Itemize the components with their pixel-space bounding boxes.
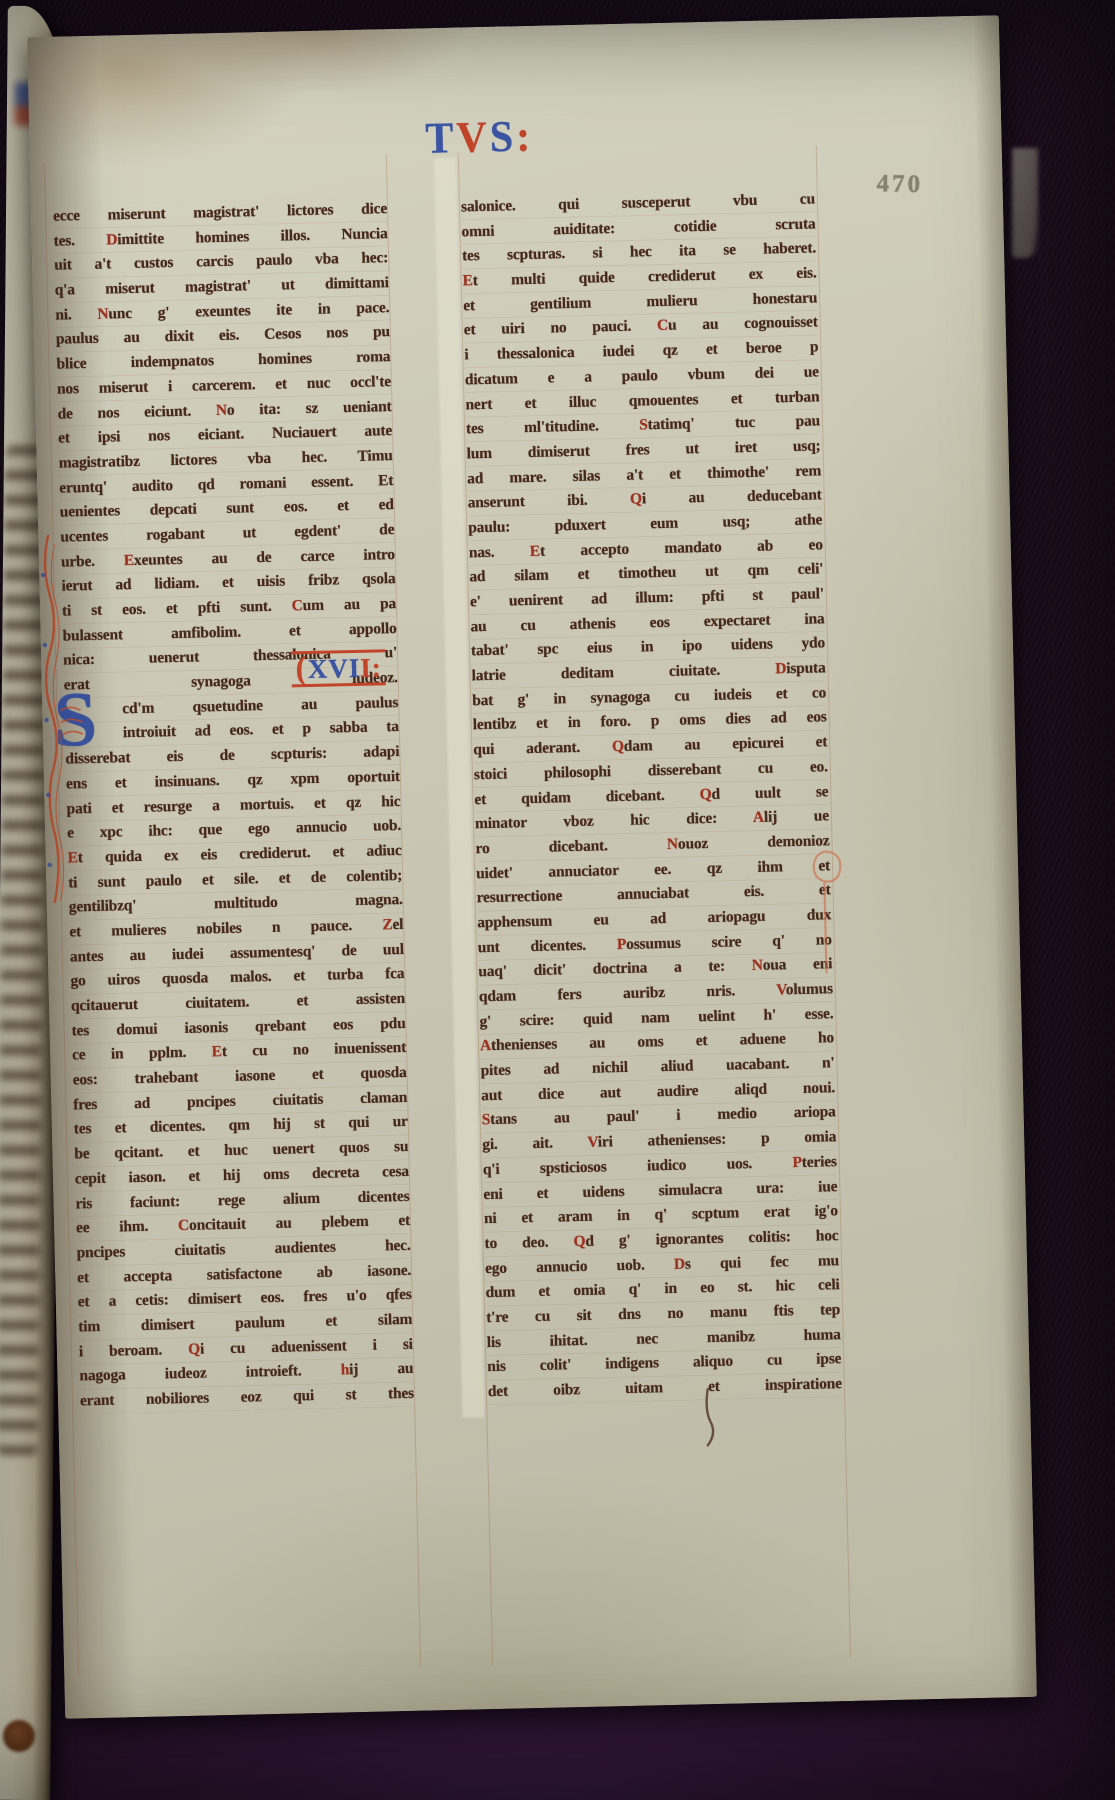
rubricated-letter: V — [587, 1134, 598, 1151]
text-segment: latrie deditam ciuitate. — [471, 660, 775, 684]
rubricated-letter: N — [97, 305, 108, 322]
text-segment: i au deducebant — [642, 487, 822, 508]
text-segment: oncitauit au plebem et — [189, 1212, 410, 1234]
text-segment: lis ihitat. nec manibz huma — [487, 1326, 841, 1351]
text-segment: lentibz et in foro. p oms dies ad eos — [473, 709, 827, 734]
text-segment: bat g' in synagoga cu iudeis et co — [472, 684, 826, 709]
folio-number: 470 — [876, 170, 966, 199]
text-segment: ris faciunt: rege alium dicentes — [75, 1187, 409, 1212]
text-segment: ij au — [349, 1360, 414, 1378]
text-segment: u au cognouisset — [668, 314, 818, 334]
text-segment: s qui fec mu — [685, 1252, 839, 1272]
text-segment: pites ad nichil aliud uacabant. n' — [480, 1054, 834, 1079]
text-segment: urbe. — [61, 552, 124, 570]
rubricated-letter: A — [753, 809, 764, 826]
text-segment: t're cu sit dns no manu ftis tep — [486, 1301, 840, 1326]
text-segment: el — [392, 916, 403, 933]
text-segment: tans au paul' i medio ariopa — [490, 1104, 836, 1129]
rubricated-letter: S — [639, 416, 648, 433]
text-segment: d g' ignorantes colitis: hoc — [585, 1227, 838, 1250]
text-segment: i thessalonica iudei qz et beroe p — [464, 338, 818, 363]
text-segment: blice indempnatos homines roma — [56, 348, 390, 373]
text-segment: imittite homines illos. Nuncia — [117, 225, 388, 248]
text-segment: apphensum eu ad ariopagu dux — [477, 906, 831, 931]
text-segment: t quida ex eis crediderut. et adiuc — [78, 842, 402, 866]
text-segment: ni. — [55, 305, 97, 323]
rubricated-letter: A — [480, 1037, 491, 1054]
manuscript-page: TVS: 470 ecce miserunt magistrat' lictor… — [27, 15, 1037, 1719]
text-segment: to deo. — [484, 1233, 573, 1252]
rubricated-letter: V — [776, 981, 786, 998]
margin-nota-icon — [806, 847, 849, 978]
text-segment: ossumus scire q' no — [626, 931, 832, 953]
text-segment: olumus — [786, 980, 833, 998]
text-segment: ce in pplm. — [72, 1044, 212, 1064]
text-segment: de nos eiciunt. — [57, 402, 216, 423]
text-segment: introiuit ad eos. et p sabba ta — [123, 718, 399, 741]
text-segment: q'i spsticiosos iudico uos. — [483, 1154, 793, 1178]
text-segment: qcitauerut ciuitatem. et assisten — [71, 990, 405, 1015]
text-segment: uit a't custos carcis paulo vba hec: — [54, 249, 388, 274]
text-segment: stoici philosophi disserebant cu eo. — [474, 758, 828, 783]
rubricated-letter: E — [212, 1043, 223, 1060]
running-title-letter: : — [516, 113, 531, 162]
running-title-letter: S — [489, 113, 513, 162]
chapter-number-letter: X — [307, 655, 328, 683]
text-segment: unc g' exeuntes ite in pace. — [108, 299, 389, 322]
text-segment: et uiri no pauci. — [464, 317, 658, 338]
text-segment: ecce miserunt magistrat' lictores dice — [53, 200, 387, 225]
text-segment: salonice. qui susceperut vbu cu — [461, 190, 815, 215]
rubricated-letter: N — [216, 401, 227, 418]
text-segment: teries — [802, 1153, 837, 1171]
text-segment: nas. — [469, 543, 530, 561]
text-segment: ni et aram in q' scptum erat ig'o — [484, 1202, 838, 1227]
text-segment: et a cetis: dimisert eos. fres u'o qfes — [78, 1286, 412, 1311]
text-segment: ego annucio uob. — [485, 1255, 674, 1276]
text-segment: dum et omia q' in eo st. hic celi — [485, 1276, 839, 1301]
text-segment: magistratibz lictores vba hec. Timu — [59, 447, 393, 472]
text-segment: tes scpturas. si hec ita se haberet. — [462, 240, 816, 265]
text-segment: det oibz uitam et inspiratione — [488, 1375, 842, 1400]
text-segment: e xpc ihc: que ego annucio uob. — [67, 817, 401, 842]
text-segment: et ipsi nos eiciant. Nuciauert aute — [58, 422, 392, 447]
rubricated-letter: E — [124, 552, 135, 569]
running-title: TVS: — [425, 114, 531, 162]
text-segment: uidet' annuciator ee. qz ihm et — [476, 857, 830, 882]
text-segment: et quidam dicebant. — [474, 786, 700, 808]
text-segment: i beroam. — [79, 1341, 189, 1360]
text-segment: t cu no inuenissent — [222, 1039, 407, 1060]
text-segment: nert et illuc qmouentes et turban — [465, 388, 819, 413]
text-segment: aut dice aut audire aliqd noui. — [481, 1079, 835, 1104]
text-segment: tabat' spc eius in ipo uidens ydo — [471, 635, 825, 660]
text-segment: tes ml'titudine. — [466, 417, 640, 438]
text-segment: um au pa — [303, 595, 397, 614]
text-segment: qui aderant. — [473, 738, 612, 758]
text-segment: be qcitant. et huc uenert quos su — [74, 1138, 408, 1163]
text-segment: qdam fers auribz nris. — [479, 981, 777, 1005]
text-segment: ee ihm. — [76, 1217, 178, 1236]
rubricated-letter: C — [178, 1217, 189, 1234]
text-segment: nagoga iudeoz introieft. — [79, 1362, 341, 1385]
rubricated-letter: Q — [573, 1233, 585, 1250]
binding-clasp — [3, 1720, 35, 1752]
text-segment: nis colit' indigens aliquo cu ipse — [487, 1350, 841, 1375]
text-segment: fres ad pncipes ciuitatis claman — [73, 1089, 407, 1114]
text-segment: i cu aduenissent i si — [200, 1335, 413, 1357]
text-segment: g' scire: quid nam uelint h' esse. — [479, 1005, 833, 1030]
text-segment: au cu athenis eos expectaret ina — [470, 610, 824, 635]
underlying-leaf-corner — [1012, 148, 1038, 258]
text-segment: ro dicebant. — [475, 836, 667, 857]
rubricated-letter: C — [292, 597, 303, 614]
rubricated-letter: P — [792, 1154, 802, 1171]
chapter-paraph: ( — [295, 655, 307, 683]
text-segment: erant nobiliores eoz qui st thes — [80, 1385, 414, 1410]
text-segment: et mulieres nobiles n pauce. — [69, 916, 382, 940]
text-segment: ti sunt paulo et sile. et de colentib; — [68, 867, 402, 892]
text-segment: resurrectione annuciabat eis. et — [476, 881, 830, 906]
rubricated-letter: D — [106, 231, 117, 248]
text-segment: pncipes ciuitatis audientes hec. — [76, 1237, 410, 1262]
text-segment: dam au epicurei et — [624, 733, 828, 755]
text-column-left: ecce miserunt magistrat' lictores dicete… — [53, 197, 414, 1414]
text-segment: et gentilium mulieru honestaru — [463, 289, 817, 314]
ink-flourish — [694, 1388, 725, 1449]
rubricated-letter: Q — [630, 491, 642, 508]
text-segment: uaq' dicit' doctrina a te: — [478, 957, 752, 980]
text-segment: thenienses au oms et aduene ho — [491, 1030, 834, 1055]
text-segment: anserunt ibi. — [468, 491, 631, 512]
text-segment: paulus au dixit eis. Cesos nos pu — [56, 324, 390, 349]
text-segment: tes et dicentes. qm hij st qui ur — [74, 1113, 408, 1138]
rubricated-letter: E — [530, 542, 541, 559]
text-segment: paulu: pduxert eum usq; athe — [468, 511, 822, 536]
text-segment: tim dimisert paulum et silam — [78, 1311, 412, 1336]
rubricated-letter: Q — [699, 785, 711, 802]
text-segment: antes au iudei assumentesq' de uul — [70, 941, 404, 966]
text-segment: t multi quide crediderut ex eis. — [473, 264, 817, 289]
rubricated-letter: E — [67, 849, 78, 866]
text-segment: gi. ait. — [482, 1134, 587, 1153]
text-segment: isputa — [786, 659, 826, 677]
text-segment: cd'm qsuetudine au paulus — [122, 694, 398, 717]
text-segment: ierut ad lidiam. et uisis fribz qsola — [61, 570, 395, 595]
text-segment: gentilibzq' multitudo magna. — [69, 891, 403, 916]
text-segment: cepit iason. et hij oms decreta cesa — [75, 1163, 409, 1188]
text-segment: t accepto mandato ab eo — [540, 536, 823, 559]
text-segment: go uiros quosda malos. et turba fca — [70, 965, 404, 990]
text-segment: pati et resurge a mortuis. et qz hic — [66, 792, 400, 817]
text-segment: bulassent amfibolim. et appollo — [62, 620, 396, 645]
text-segment: tes domui iasonis qrebant eos pdu — [71, 1015, 405, 1040]
text-segment: disserebat eis de scpturis: adapi — [65, 743, 399, 768]
text-segment: eruntq' audito qd romani essent. Et — [59, 472, 393, 497]
running-title-letter: V — [456, 114, 487, 163]
rubricated-letter: Z — [382, 916, 393, 933]
text-segment: d uult se — [711, 783, 828, 803]
chapter-number-letter: V — [328, 654, 349, 682]
chapter-number-letter: : — [371, 653, 382, 681]
text-segment: ens et insinuans. qz xpm oportuit — [66, 768, 400, 793]
text-segment: o ita: sz ueniant — [227, 398, 392, 419]
chapter-number-letter: I — [348, 654, 360, 682]
text-segment: omni auiditate: cotidie scruta — [461, 215, 815, 240]
text-segment: tatimq' tuc pau — [647, 413, 820, 434]
text-segment: unt dicentes. — [478, 936, 617, 956]
rubricated-letter: C — [657, 317, 668, 334]
text-segment: xeuntes au de carce intro — [134, 546, 395, 569]
running-title-letter: T — [425, 114, 454, 163]
chapter-number: (XVII: — [291, 649, 386, 687]
text-segment: e' uenirent ad illum: pfti st paul' — [470, 585, 824, 610]
text-segment: eni et uidens simulacra ura: iue — [483, 1178, 837, 1203]
rubricated-letter: D — [674, 1255, 685, 1272]
rubricated-letter: Q — [612, 738, 624, 755]
text-segment: minator vboz hic dice: — [475, 809, 753, 832]
text-segment: ad silam et timotheu ut qm celi' — [469, 561, 823, 586]
text-segment: nos miserut i carcerem. et nuc occl'te — [57, 373, 391, 398]
rubricated-letter: E — [462, 272, 473, 289]
text-segment: lum dimiserut fres ut iret usq; — [466, 437, 820, 462]
text-segment: et accepta satisfactone ab iasone. — [77, 1261, 411, 1286]
chapter-number-letter: I — [360, 654, 372, 682]
text-segment: q'a miserut magistrat' ut dimittami — [55, 274, 389, 299]
text-segment: ucentes rogabant ut egdent' de — [60, 521, 394, 546]
text-segment: lij ue — [764, 807, 829, 825]
text-segment: ti st eos. et pfti sunt. — [62, 597, 292, 619]
photo-backdrop: { "manuscript": { "running_title": { "le… — [0, 0, 1115, 1800]
rubricated-letter: Q — [188, 1340, 200, 1357]
text-segment: eos: trahebant iasone et quosda — [73, 1064, 407, 1089]
text-segment: uenientes depcati sunt eos. et ed — [60, 496, 394, 521]
text-segment: dicatum e a paulo vbum dei ue — [465, 363, 819, 388]
text-segment: ad mare. silas a't et thimothe' rem — [467, 462, 821, 487]
rubricated-letter: D — [775, 660, 786, 677]
text-column-right: salonice. qui susceperut vbu cuomni auid… — [461, 187, 842, 1404]
text-segment: tes. — [53, 231, 106, 249]
text-segment: iri athenienses: p omia — [598, 1128, 837, 1150]
